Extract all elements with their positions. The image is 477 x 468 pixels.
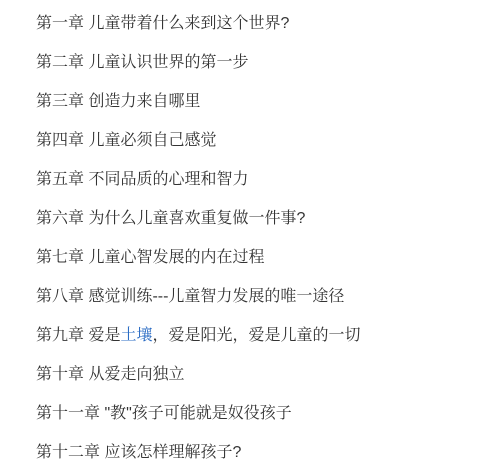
toc-item-chapter-4: 第四章 儿童必须自己感觉 [36, 119, 477, 158]
chapter-title: 第五章 不同品质的心理和智力 [36, 166, 248, 189]
chapter-title: 第四章 儿童必须自己感觉 [36, 127, 216, 150]
chapter-title: 第七章 儿童心智发展的内在过程 [36, 244, 264, 267]
chapter-title-suffix: ，爱是阳光，爱是儿童的一切 [152, 322, 360, 345]
chapter-title: 第一章 儿童带着什么来到这个世界? [36, 10, 289, 33]
chapter-title: 第三章 创造力来自哪里 [36, 88, 200, 111]
toc-item-chapter-1: 第一章 儿童带着什么来到这个世界? [36, 2, 477, 41]
toc-item-chapter-5: 第五章 不同品质的心理和智力 [36, 158, 477, 197]
chapter-title: 第八章 感觉训练---儿童智力发展的唯一途径 [36, 283, 344, 306]
toc-item-chapter-12: 第十二章 应该怎样理解孩子? [36, 431, 477, 468]
chapter-title: 第十章 从爱走向独立 [36, 361, 184, 384]
chapter-title-prefix: 第九章 爱是 [36, 322, 120, 345]
toc-item-chapter-3: 第三章 创造力来自哪里 [36, 80, 477, 119]
table-of-contents: 第一章 儿童带着什么来到这个世界? 第二章 儿童认识世界的第一步 第三章 创造力… [0, 0, 477, 468]
chapter-title: 第六章 为什么儿童喜欢重复做一件事? [36, 205, 305, 228]
toc-item-chapter-2: 第二章 儿童认识世界的第一步 [36, 41, 477, 80]
toc-item-chapter-9: 第九章 爱是土壤，爱是阳光，爱是儿童的一切 [36, 314, 477, 353]
toc-item-chapter-11: 第十一章 "教"孩子可能就是奴役孩子 [36, 392, 477, 431]
chapter-title: 第十二章 应该怎样理解孩子? [36, 439, 241, 462]
toc-item-chapter-8: 第八章 感觉训练---儿童智力发展的唯一途径 [36, 275, 477, 314]
toc-item-chapter-7: 第七章 儿童心智发展的内在过程 [36, 236, 477, 275]
toc-item-chapter-10: 第十章 从爱走向独立 [36, 353, 477, 392]
soil-term-link[interactable]: 土壤 [120, 322, 152, 345]
chapter-title: 第十一章 "教"孩子可能就是奴役孩子 [36, 400, 292, 423]
toc-item-chapter-6: 第六章 为什么儿童喜欢重复做一件事? [36, 197, 477, 236]
chapter-title: 第二章 儿童认识世界的第一步 [36, 49, 248, 72]
